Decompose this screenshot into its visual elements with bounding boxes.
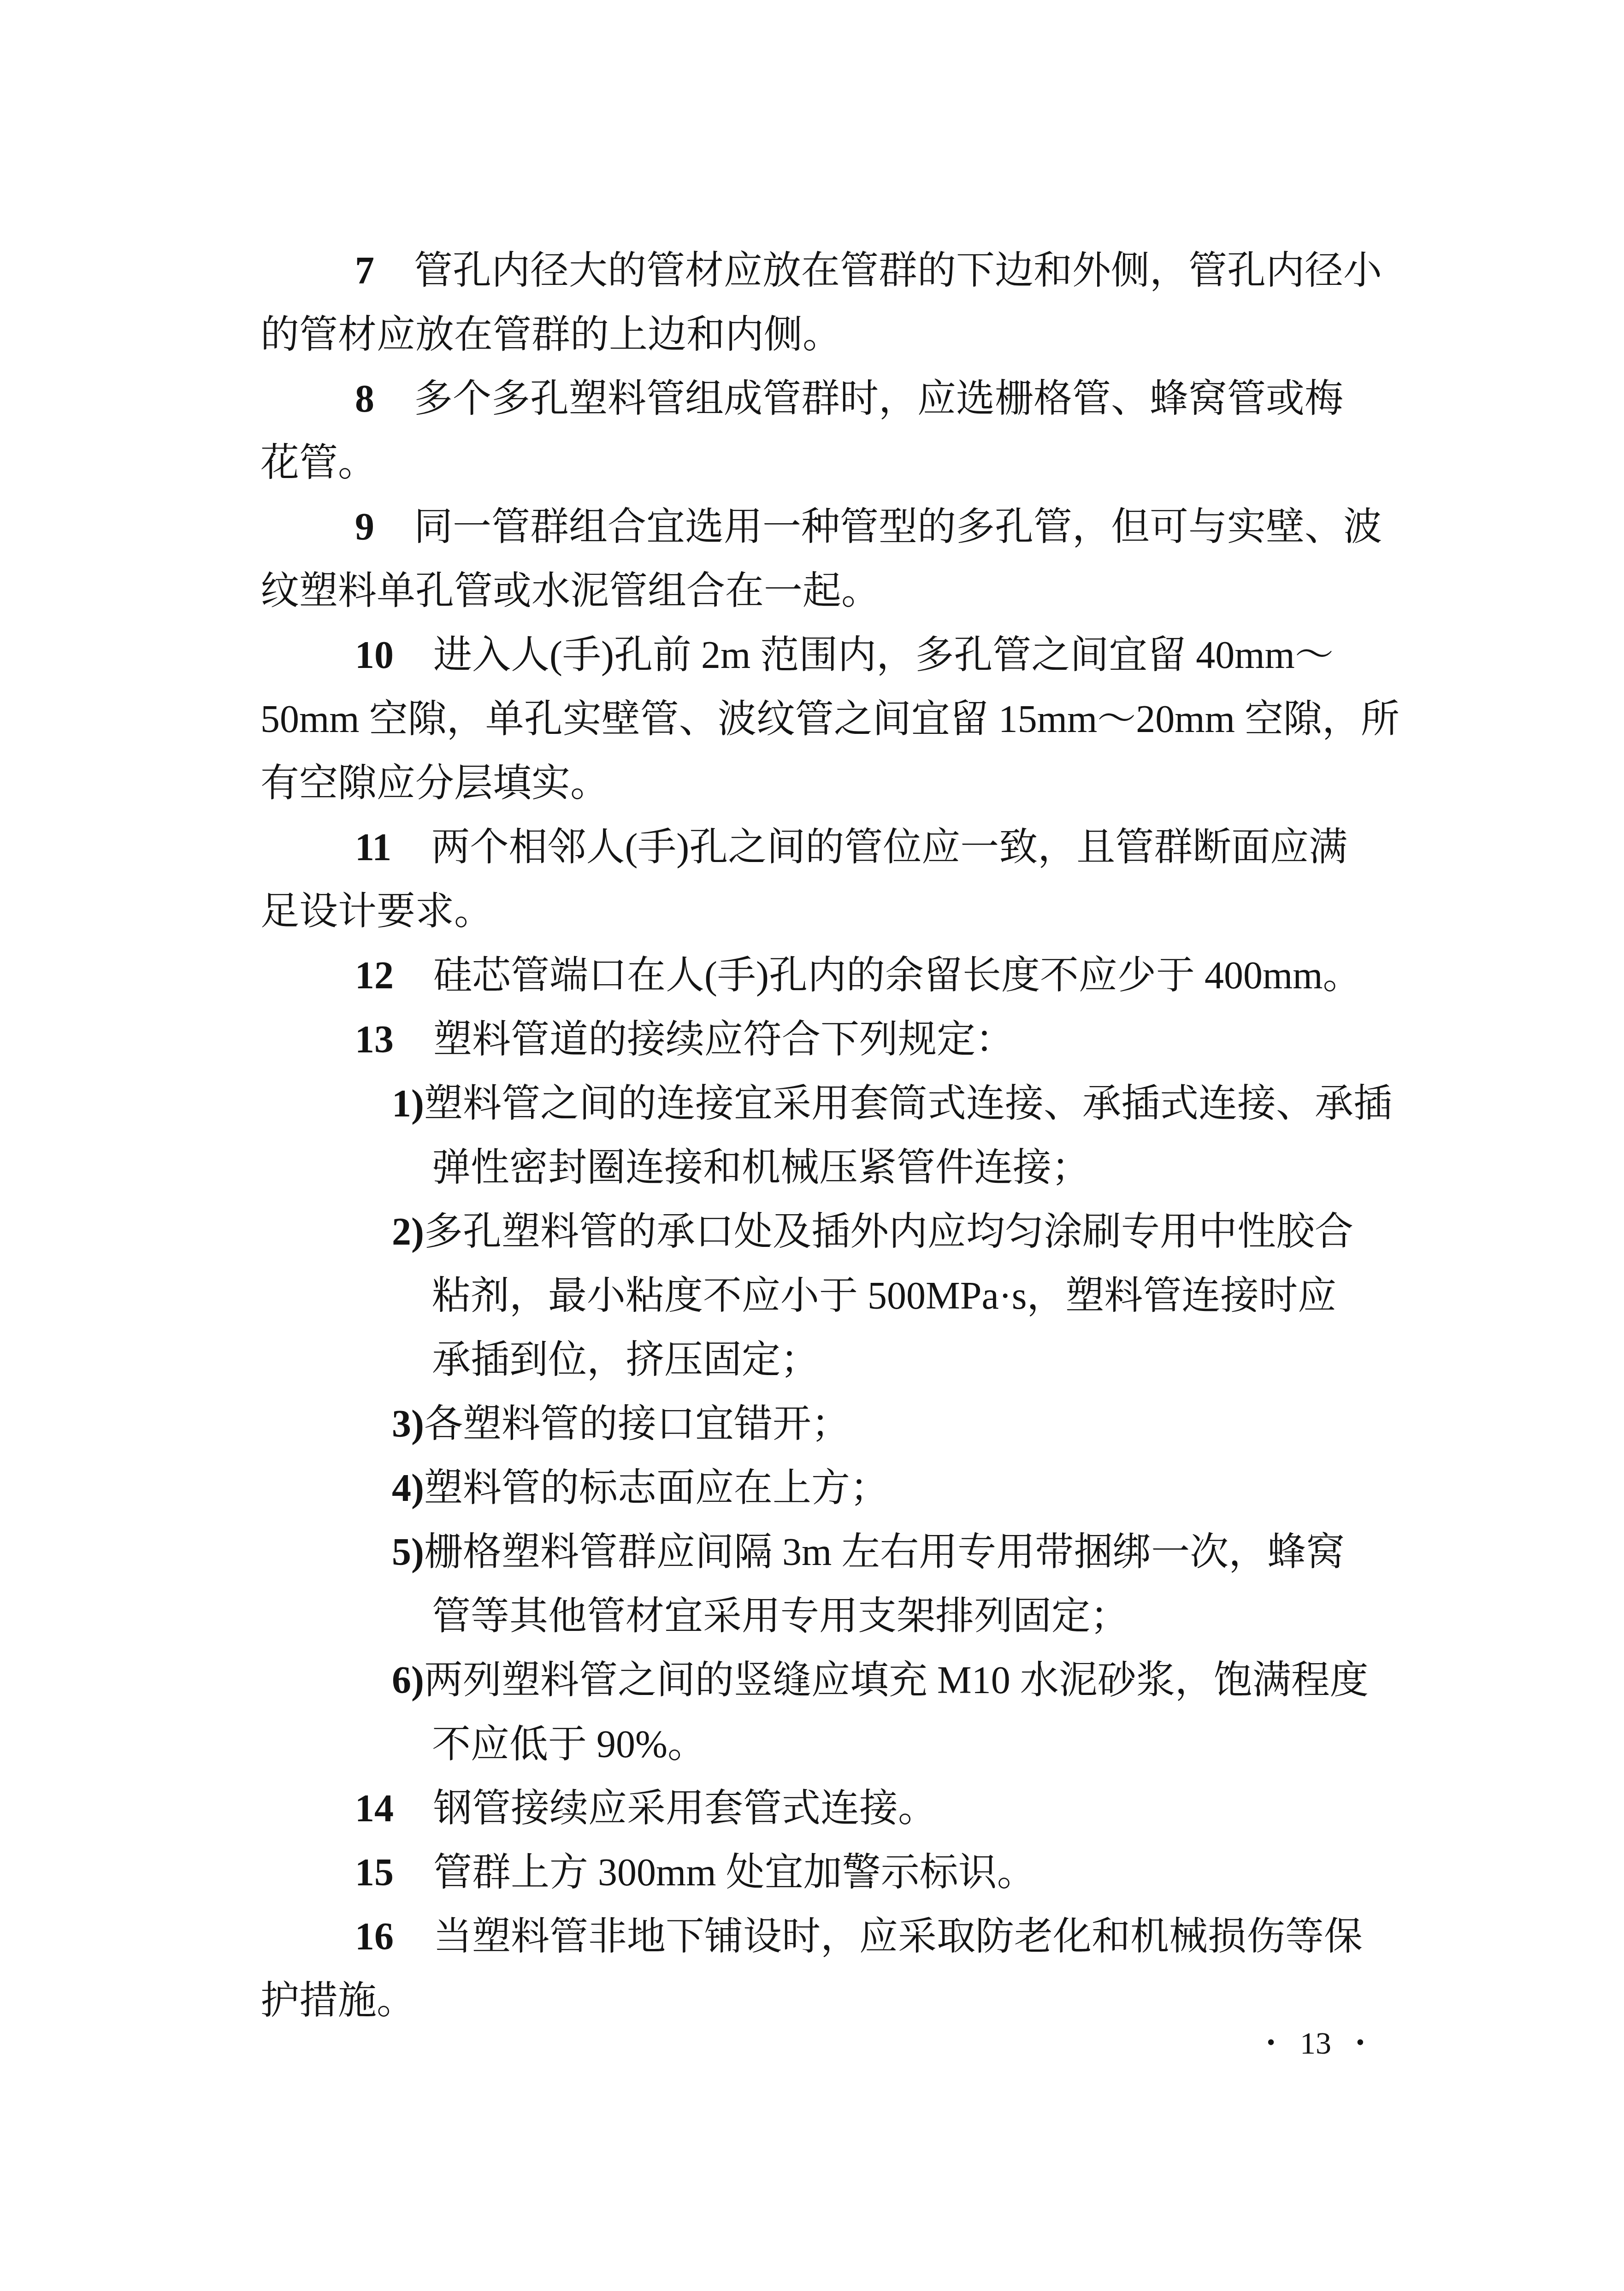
text-line: 10进入人(手)孔前 2m 范围内，多孔管之间宜留 40mm～ (260, 623, 1427, 687)
line-text: 当塑料管非地下铺设时，应采取防老化和机械损伤等保 (433, 1915, 1363, 1958)
text-line: 6)两列塑料管之间的竖缝应填充 M10 水泥砂浆，饱满程度 (260, 1648, 1427, 1712)
line-text: 多个多孔塑料管组成管群时，应选栅格管、蜂窝管或梅 (414, 378, 1343, 420)
text-line: 管等其他管材宜采用专用支架排列固定； (260, 1584, 1427, 1648)
line-text: 粘剂，最小粘度不应小于 500MPa·s，塑料管连接时应 (432, 1275, 1336, 1317)
text-line: 13塑料管道的接续应符合下列规定： (260, 1008, 1427, 1072)
text-line: 9同一管群组合宜选用一种管型的多孔管，但可与实壁、波 (260, 495, 1427, 559)
line-text: 承插到位，挤压固定； (432, 1339, 819, 1382)
text-line: 15管群上方 300mm 处宜加警示标识。 (260, 1841, 1427, 1905)
item-number: 12 (355, 954, 394, 997)
sub-item-number: 2) (392, 1210, 424, 1253)
footer-dot: • (1356, 2031, 1364, 2055)
text-line: 承插到位，挤压固定； (260, 1328, 1427, 1392)
text-line: 3)各塑料管的接口宜错开； (260, 1392, 1427, 1456)
text-line: 足设计要求。 (260, 880, 1427, 944)
line-text: 护措施。 (260, 1979, 415, 2022)
line-text: 塑料管的标志面应在上方； (424, 1467, 889, 1510)
page-number-value: 13 (1300, 2027, 1331, 2059)
item-number: 7 (355, 249, 374, 292)
line-text: 同一管群组合宜选用一种管型的多孔管，但可与实壁、波 (414, 506, 1382, 549)
text-line: 11两个相邻人(手)孔之间的管位应一致，且管群断面应满 (260, 815, 1427, 880)
line-text: 进入人(手)孔前 2m 范围内，多孔管之间宜留 40mm～ (433, 634, 1334, 677)
document-page: 7管孔内径大的管材应放在管群的下边和外侧，管孔内径小 的管材应放在管群的上边和内… (0, 0, 1624, 2291)
text-line: 4)塑料管的标志面应在上方； (260, 1456, 1427, 1520)
line-text: 管等其他管材宜采用专用支架排列固定； (432, 1595, 1129, 1638)
line-text: 多孔塑料管的承口处及插外内应均匀涂刷专用中性胶合 (424, 1210, 1353, 1253)
line-text: 足设计要求。 (260, 890, 493, 933)
text-line: 的管材应放在管群的上边和内侧。 (260, 303, 1427, 367)
text-line: 1)塑料管之间的连接宜采用套筒式连接、承插式连接、承插 (260, 1072, 1427, 1136)
page-number: • 13 • (1267, 2027, 1364, 2059)
text-line: 粘剂，最小粘度不应小于 500MPa·s，塑料管连接时应 (260, 1264, 1427, 1328)
text-line: 2)多孔塑料管的承口处及插外内应均匀涂刷专用中性胶合 (260, 1200, 1427, 1264)
item-number: 14 (355, 1787, 394, 1830)
line-text: 有空隙应分层填实。 (260, 762, 609, 805)
line-text: 塑料管道的接续应符合下列规定： (433, 1018, 1014, 1061)
item-number: 10 (355, 634, 394, 677)
line-text: 管群上方 300mm 处宜加警示标识。 (433, 1851, 1036, 1894)
line-text: 的管材应放在管群的上边和内侧。 (260, 313, 841, 356)
text-line: 8多个多孔塑料管组成管群时，应选栅格管、蜂窝管或梅 (260, 367, 1427, 431)
text-line: 12硅芯管端口在人(手)孔内的余留长度不应少于 400mm。 (260, 944, 1427, 1008)
text-line: 纹塑料单孔管或水泥管组合在一起。 (260, 559, 1427, 623)
item-number: 11 (355, 826, 391, 869)
text-line: 14钢管接续应采用套管式连接。 (260, 1777, 1427, 1841)
text-line: 16当塑料管非地下铺设时，应采取防老化和机械损伤等保 (260, 1905, 1427, 1969)
line-text: 硅芯管端口在人(手)孔内的余留长度不应少于 400mm。 (433, 954, 1362, 997)
text-line: 5)栅格塑料管群应间隔 3m 左右用专用带捆绑一次，蜂窝 (260, 1520, 1427, 1584)
line-text: 纹塑料单孔管或水泥管组合在一起。 (260, 570, 880, 613)
line-text: 钢管接续应采用套管式连接。 (433, 1787, 937, 1830)
line-text: 塑料管之间的连接宜采用套筒式连接、承插式连接、承插 (424, 1082, 1392, 1125)
sub-item-number: 1) (392, 1082, 424, 1125)
sub-item-number: 4) (392, 1467, 424, 1510)
line-text: 栅格塑料管群应间隔 3m 左右用专用带捆绑一次，蜂窝 (424, 1531, 1345, 1574)
text-line: 弹性密封圈连接和机械压紧管件连接； (260, 1136, 1427, 1200)
text-line: 50mm 空隙，单孔实壁管、波纹管之间宜留 15mm～20mm 空隙，所 (260, 687, 1427, 751)
text-line: 7管孔内径大的管材应放在管群的下边和外侧，管孔内径小 (260, 239, 1427, 303)
text-line: 不应低于 90%。 (260, 1712, 1427, 1777)
line-text: 花管。 (260, 442, 377, 484)
text-line: 护措施。 (260, 1969, 1427, 2033)
line-text: 各塑料管的接口宜错开； (424, 1403, 850, 1446)
item-number: 13 (355, 1018, 394, 1061)
line-text: 弹性密封圈连接和机械压紧管件连接； (432, 1146, 1090, 1189)
document-text-block: 7管孔内径大的管材应放在管群的下边和外侧，管孔内径小 的管材应放在管群的上边和内… (260, 239, 1427, 2033)
line-text: 两列塑料管之间的竖缝应填充 M10 水泥砂浆，饱满程度 (424, 1659, 1369, 1702)
text-line: 花管。 (260, 431, 1427, 495)
footer-dot: • (1267, 2031, 1275, 2055)
item-number: 8 (355, 378, 374, 420)
item-number: 9 (355, 506, 374, 549)
sub-item-number: 6) (392, 1659, 424, 1702)
line-text: 管孔内径大的管材应放在管群的下边和外侧，管孔内径小 (414, 249, 1382, 292)
item-number: 15 (355, 1851, 394, 1894)
line-text: 50mm 空隙，单孔实壁管、波纹管之间宜留 15mm～20mm 空隙，所 (260, 698, 1400, 741)
line-text: 两个相邻人(手)孔之间的管位应一致，且管群断面应满 (431, 826, 1347, 869)
item-number: 16 (355, 1915, 394, 1958)
sub-item-number: 5) (392, 1531, 424, 1574)
sub-item-number: 3) (392, 1403, 424, 1446)
text-line: 有空隙应分层填实。 (260, 751, 1427, 815)
line-text: 不应低于 90%。 (432, 1723, 706, 1766)
